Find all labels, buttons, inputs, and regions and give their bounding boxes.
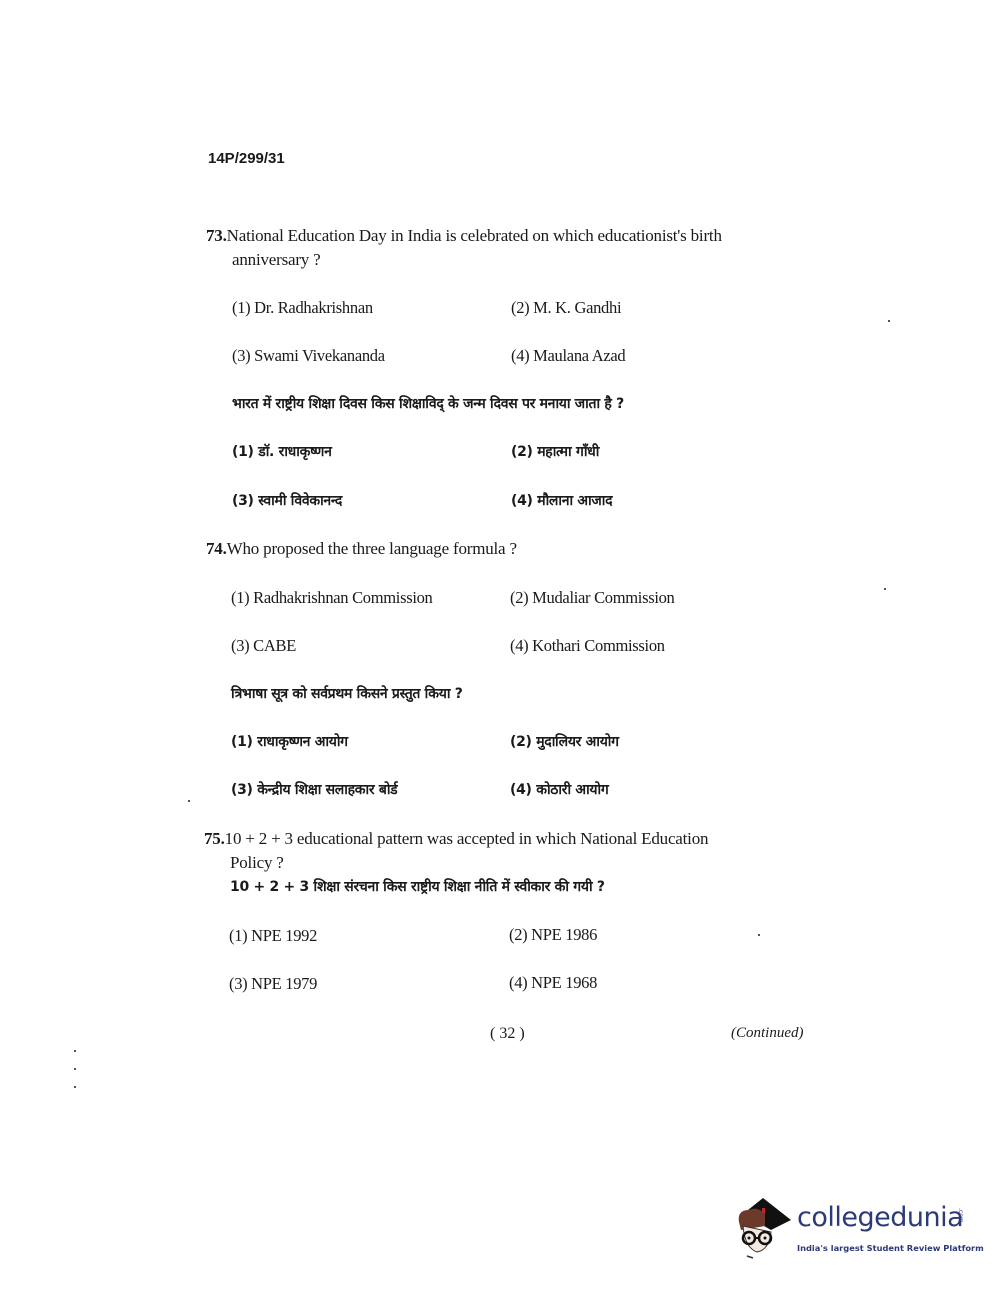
option-3: (3) Swami Vivekananda bbox=[232, 346, 385, 366]
scan-speck bbox=[884, 588, 886, 590]
option-1: (1) Dr. Radhakrishnan bbox=[232, 298, 373, 318]
option-2-hindi: (2) महात्मा गाँधी bbox=[511, 442, 599, 461]
brand-name: collegedunia bbox=[797, 1202, 963, 1233]
question-hindi: त्रिभाषा सूत्र को सर्वप्रथम किसने प्रस्त… bbox=[231, 684, 463, 703]
question-hindi: भारत में राष्ट्रीय शिक्षा दिवस किस शिक्ष… bbox=[232, 394, 624, 413]
question-text: Who proposed the three language formula … bbox=[227, 539, 517, 558]
question-73: 73.National Education Day in India is ce… bbox=[206, 226, 722, 246]
question-number: 75. bbox=[204, 829, 225, 848]
question-text-cont: Policy ? bbox=[230, 853, 284, 873]
option-3: (3) CABE bbox=[231, 636, 296, 656]
scan-speck bbox=[74, 1086, 76, 1088]
question-text-cont: anniversary ? bbox=[232, 250, 321, 270]
mascot-icon bbox=[735, 1196, 797, 1262]
option-4: (4) NPE 1968 bbox=[509, 973, 597, 993]
brand-tagline: India's largest Student Review Platform bbox=[797, 1243, 984, 1253]
option-1-hindi: (1) राधाकृष्णन आयोग bbox=[231, 732, 348, 751]
option-2: (2) M. K. Gandhi bbox=[511, 298, 621, 318]
option-4-hindi: (4) कोठारी आयोग bbox=[510, 780, 608, 799]
paper-code: 14P/299/31 bbox=[208, 150, 285, 167]
scan-speck bbox=[74, 1050, 76, 1052]
option-1: (1) NPE 1992 bbox=[229, 926, 317, 946]
option-1: (1) Radhakrishnan Commission bbox=[231, 588, 433, 608]
collegedunia-logo: collegedunia .com India's largest Studen… bbox=[735, 1196, 965, 1266]
option-4: (4) Maulana Azad bbox=[511, 346, 625, 366]
option-3: (3) NPE 1979 bbox=[229, 974, 317, 994]
question-number: 74. bbox=[206, 539, 227, 558]
question-text: National Education Day in India is celeb… bbox=[227, 226, 722, 245]
brand-domain: .com bbox=[957, 1208, 964, 1223]
option-4: (4) Kothari Commission bbox=[510, 636, 665, 656]
page-number: ( 32 ) bbox=[490, 1025, 525, 1043]
option-2-hindi: (2) मुदालियर आयोग bbox=[510, 732, 619, 751]
question-text: 10 + 2 + 3 educational pattern was accep… bbox=[225, 829, 709, 848]
scan-speck bbox=[888, 320, 890, 322]
option-2: (2) NPE 1986 bbox=[509, 925, 597, 945]
scan-speck bbox=[758, 934, 760, 936]
option-2: (2) Mudaliar Commission bbox=[510, 588, 675, 608]
option-4-hindi: (4) मौलाना आजाद bbox=[511, 491, 612, 510]
scan-speck bbox=[188, 800, 190, 802]
option-3-hindi: (3) केन्द्रीय शिक्षा सलाहकार बोर्ड bbox=[231, 780, 397, 799]
question-74: 74.Who proposed the three language formu… bbox=[206, 539, 517, 559]
scan-speck bbox=[74, 1068, 76, 1070]
question-hindi: 10 + 2 + 3 शिक्षा संरचना किस राष्ट्रीय श… bbox=[230, 877, 605, 896]
option-1-hindi: (1) डॉ. राधाकृष्णन bbox=[232, 442, 332, 461]
question-75: 75.10 + 2 + 3 educational pattern was ac… bbox=[204, 829, 708, 849]
question-number: 73. bbox=[206, 226, 227, 245]
option-3-hindi: (3) स्वामी विवेकानन्द bbox=[232, 491, 342, 510]
continued-label: (Continued) bbox=[731, 1025, 804, 1042]
